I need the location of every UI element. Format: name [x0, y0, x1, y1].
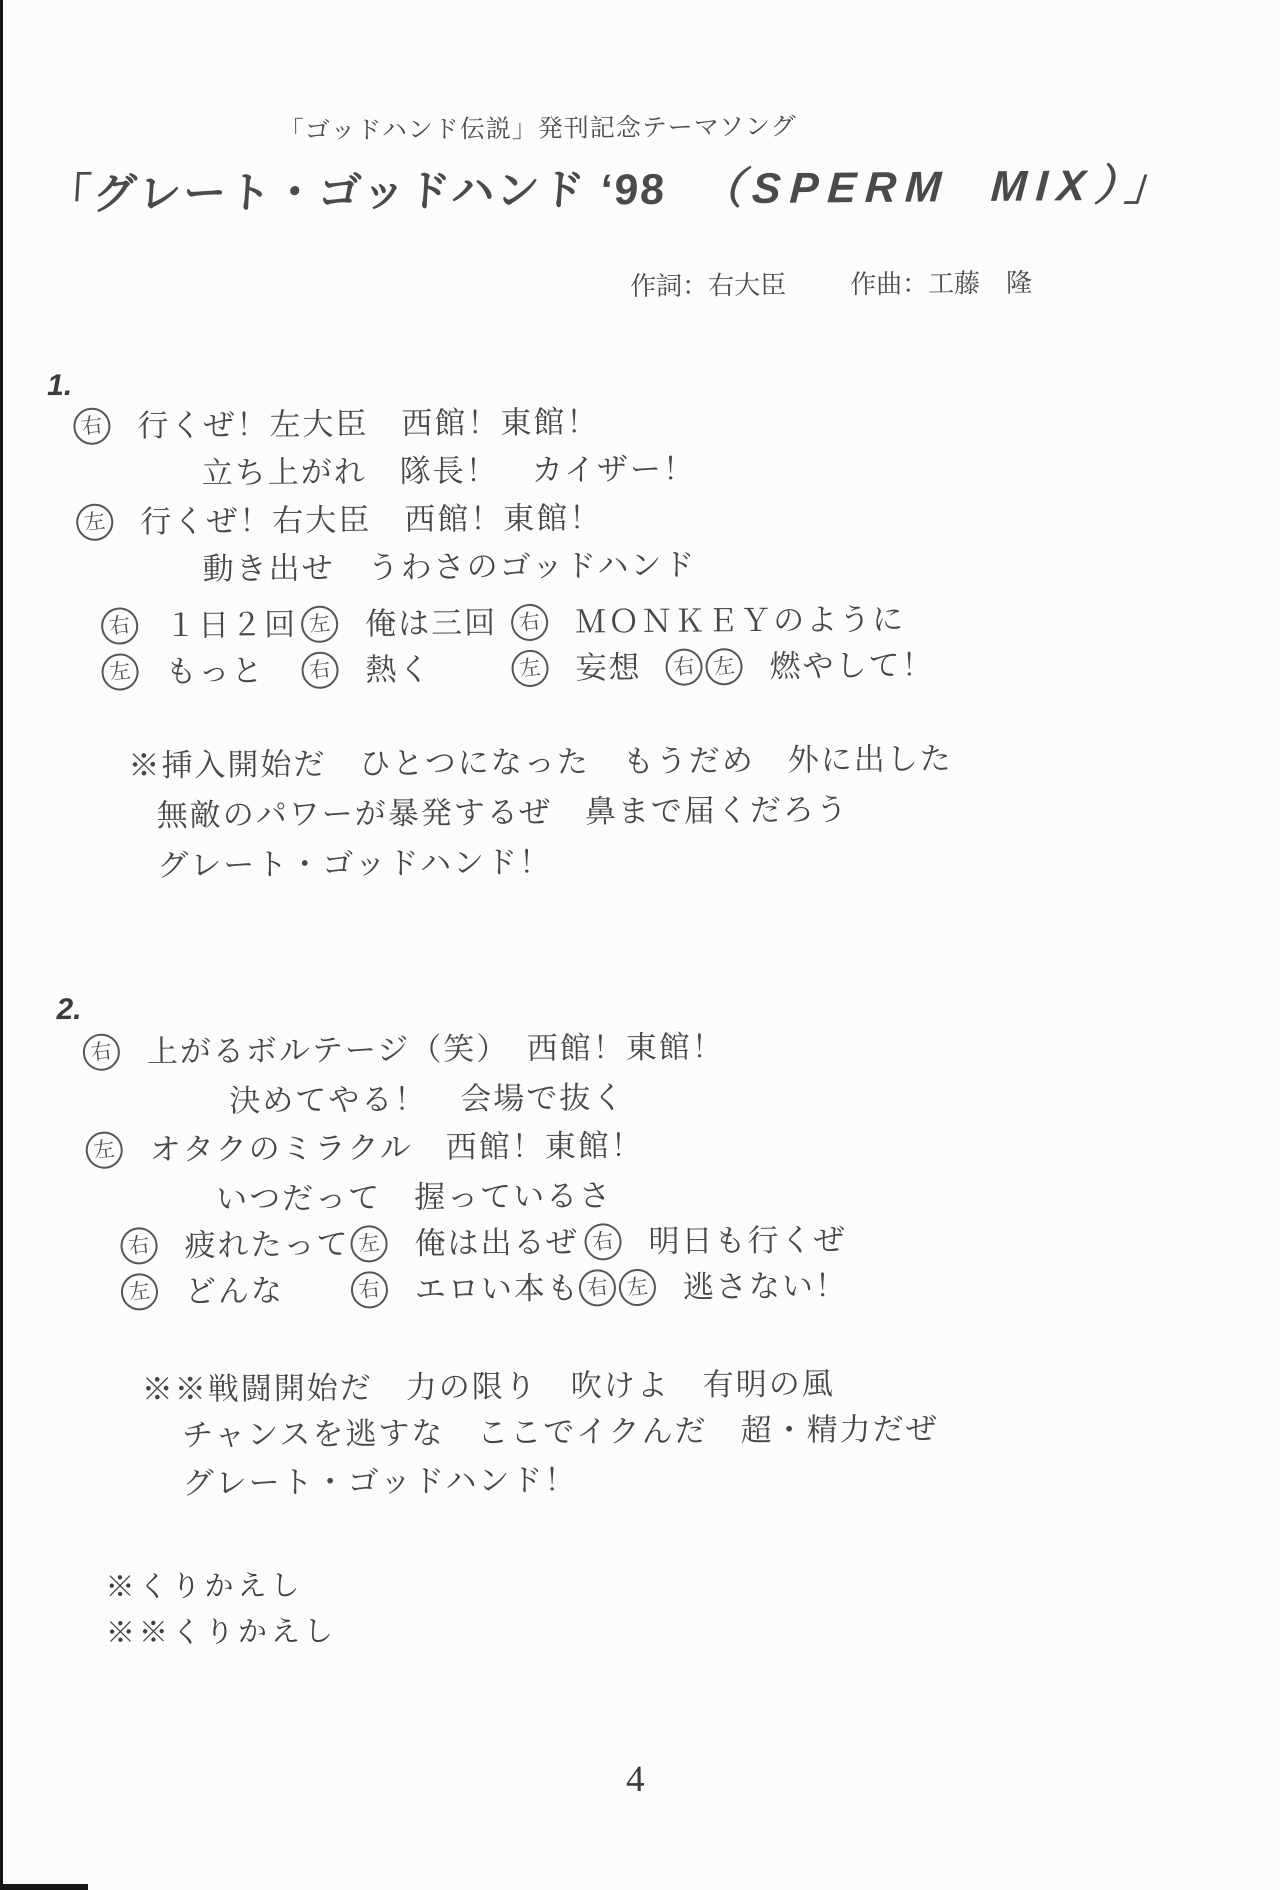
- chorus-line: グレート・ゴッドハンド！: [182, 1459, 577, 1504]
- call-text: どんな: [185, 1273, 284, 1309]
- credit-lyricist: 作詞：右大臣: [630, 265, 786, 303]
- chorus-text: グレート・ゴッドハンド！: [157, 845, 552, 883]
- song-title-japanese: 「グレート・ゴッドハンド ‘98: [47, 166, 668, 219]
- call-cell: 右ＭＯＮＫＥＹのように: [511, 598, 905, 643]
- call-cell: 右エロい本も: [351, 1267, 580, 1311]
- right-mark-icon: 右: [119, 1226, 160, 1267]
- call-cell: 右１日２回: [101, 603, 297, 647]
- lyric-line: 立ち上がれ 隊長！ カイザー！: [202, 447, 696, 493]
- credits: 作詞：右大臣 作曲：工藤 隆: [630, 263, 1032, 304]
- chorus-text: 無敵のパワーが暴発するぜ 鼻まで届くだろう: [157, 792, 849, 833]
- lyric-text: 決めてやる！ 会場で抜く: [229, 1080, 625, 1118]
- lyric-line: いつだって 握っているさ: [216, 1174, 612, 1219]
- lyric-text: 立ち上がれ 隊長！ カイザー！: [202, 451, 696, 490]
- lyric-line: 右行くぜ！左大臣 西館！東館！: [73, 400, 599, 446]
- left-mark-icon: 左: [100, 652, 141, 693]
- lyric-line: 右上がるボルテージ（笑） 西館！東館！: [83, 1025, 725, 1072]
- right-mark-icon: 右: [349, 1270, 390, 1311]
- left-mark-icon: 左: [617, 1267, 658, 1308]
- right-mark-icon: 右: [300, 650, 341, 691]
- scanned-lyrics-page: 「ゴッドハンド伝説」発刊記念テーマソング 「グレート・ゴッドハンド ‘98（SP…: [0, 0, 1280, 1890]
- repeat-note: ※※くりかえし: [106, 1609, 337, 1652]
- right-mark-icon: 右: [583, 1222, 624, 1263]
- call-cell: 左もっと: [101, 649, 264, 692]
- lyric-text: オタクのミラクル 西館！東館！: [150, 1128, 644, 1167]
- left-mark-icon: 左: [349, 1224, 390, 1265]
- header-note: 「ゴッドハンド伝説」発刊記念テーマソング: [279, 107, 797, 148]
- chorus-text: ※※戦闘開始だ 力の限り 吹けよ 有明の風: [142, 1366, 835, 1407]
- call-cell: 左妄想: [511, 646, 641, 689]
- lyric-line: 左行くぜ！右大臣 西館！東館！: [76, 496, 602, 542]
- call-text: 妄想: [575, 650, 641, 686]
- lyric-line: 左オタクのミラクル 西館！東館！: [86, 1124, 644, 1171]
- call-text: もっと: [165, 653, 264, 689]
- lyric-text: 行くぜ！右大臣 西館！東館！: [140, 500, 602, 539]
- song-title: 「グレート・ゴッドハンド ‘98（SPERM MIX）」: [46, 151, 1179, 222]
- left-mark-icon: 左: [510, 648, 551, 689]
- lyric-line: 決めてやる！ 会場で抜く: [229, 1076, 625, 1121]
- lyric-text: いつだって 握っているさ: [216, 1178, 612, 1216]
- call-text: 明日も行くぜ: [648, 1222, 846, 1259]
- right-mark-icon: 右: [664, 647, 705, 688]
- section-1-number: 1.: [47, 369, 72, 403]
- call-cell: 左俺は出るぜ: [350, 1221, 578, 1265]
- left-mark-icon: 左: [74, 502, 115, 543]
- repeat-note: ※くりかえし: [105, 1563, 303, 1606]
- song-title-latin: （SPERM MIX）」: [699, 161, 1179, 213]
- chorus-line: グレート・ゴッドハンド！: [157, 841, 552, 886]
- left-mark-icon: 左: [704, 647, 745, 688]
- chorus-text: ※挿入開始だ ひとつになった もうだめ 外に出した: [128, 741, 953, 783]
- call-cell: 右明日も行くぜ: [584, 1218, 846, 1262]
- chorus-line: ※※戦闘開始だ 力の限り 吹けよ 有明の風: [142, 1362, 835, 1410]
- call-text: １日２回: [165, 607, 297, 643]
- right-mark-icon: 右: [577, 1268, 618, 1309]
- credit-composer: 作曲：工藤 隆: [850, 263, 1032, 302]
- right-mark-icon: 右: [99, 606, 140, 647]
- section-2-number: 2.: [56, 993, 81, 1027]
- left-mark-icon: 左: [119, 1272, 160, 1313]
- lyric-text: 動き出せ うわさのゴッドハンド: [203, 547, 697, 586]
- chorus-line: 無敵のパワーが暴発するぜ 鼻まで届くだろう: [157, 788, 849, 836]
- call-text: 燃やして！: [769, 647, 934, 683]
- call-text: 俺は出るぜ: [414, 1224, 578, 1260]
- page-content: 「ゴッドハンド伝説」発刊記念テーマソング 「グレート・ゴッドハンド ‘98（SP…: [0, 0, 1280, 1890]
- lyric-text: 上がるボルテージ（笑） 西館！東館！: [147, 1029, 725, 1069]
- left-mark-icon: 左: [84, 1130, 125, 1171]
- call-text: ＭＯＮＫＥＹのように: [575, 601, 905, 639]
- right-mark-icon: 右: [71, 406, 112, 447]
- chorus-text: チャンスを逃すな ここでイクんだ 超・精力だぜ: [182, 1411, 939, 1453]
- lyric-text: 行くぜ！左大臣 西館！東館！: [137, 404, 599, 443]
- call-cell: 左俺は三回: [301, 601, 497, 645]
- call-cell: 左どんな: [121, 1269, 284, 1312]
- call-cell: 右左燃やして！: [665, 643, 934, 687]
- call-cell: 右疲れたって: [120, 1223, 349, 1267]
- call-text: 疲れたって: [184, 1226, 349, 1262]
- left-mark-icon: 左: [299, 604, 340, 645]
- call-cell: 右熱く: [301, 648, 431, 691]
- call-cell: 右左逃さない！: [579, 1264, 848, 1308]
- chorus-line: チャンスを逃すな ここでイクんだ 超・精力だぜ: [182, 1407, 939, 1455]
- chorus-line: ※挿入開始だ ひとつになった もうだめ 外に出した: [128, 737, 953, 786]
- lyric-line: 動き出せ うわさのゴッドハンド: [202, 543, 696, 589]
- chorus-text: グレート・ゴッドハンド！: [182, 1462, 577, 1500]
- right-mark-icon: 右: [509, 602, 550, 643]
- call-text: エロい本も: [415, 1270, 580, 1306]
- right-mark-icon: 右: [81, 1032, 122, 1073]
- call-text: 俺は三回: [365, 605, 497, 641]
- call-text: 逃さない！: [683, 1268, 848, 1304]
- call-text: 熱く: [365, 652, 431, 688]
- page-number: 4: [605, 1758, 665, 1802]
